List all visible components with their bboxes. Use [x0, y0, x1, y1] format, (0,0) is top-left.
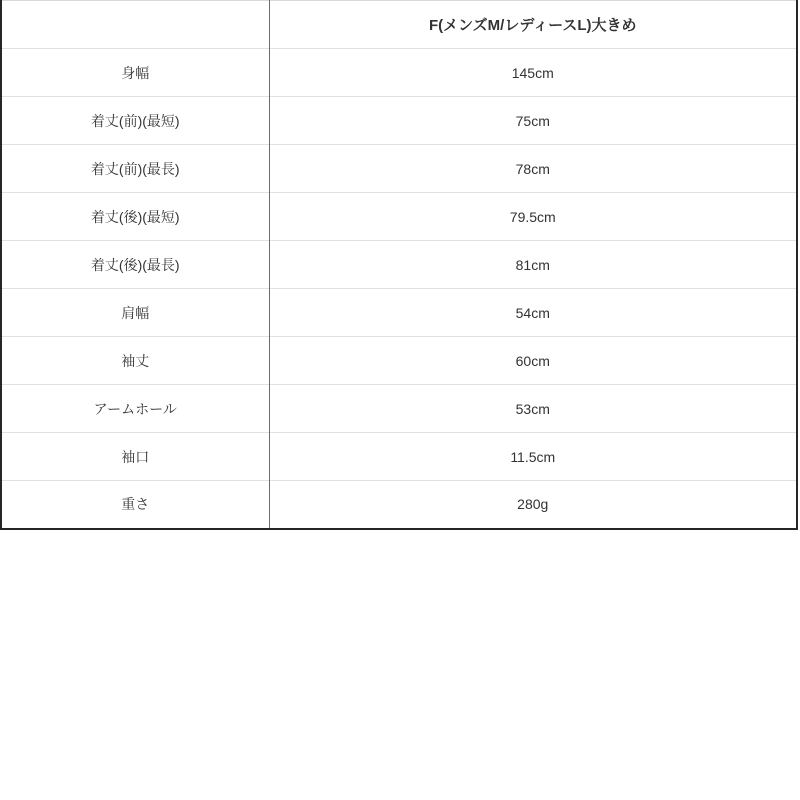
row-value-length-front-min: 75cm: [269, 97, 797, 145]
size-column-header: F(メンズM/レディースL)大きめ: [269, 1, 797, 49]
table-row: 袖丈 60cm: [1, 337, 797, 385]
row-label-cuff: 袖口: [1, 433, 269, 481]
table-row: 重さ 280g: [1, 481, 797, 529]
row-label-body-width: 身幅: [1, 49, 269, 97]
row-label-weight: 重さ: [1, 481, 269, 529]
row-label-length-front-max: 着丈(前)(最長): [1, 145, 269, 193]
row-label-length-back-max: 着丈(後)(最長): [1, 241, 269, 289]
table-row: 肩幅 54cm: [1, 289, 797, 337]
size-chart: F(メンズM/レディースL)大きめ 身幅 145cm 着丈(前)(最短) 75c…: [0, 0, 798, 530]
row-value-cuff: 11.5cm: [269, 433, 797, 481]
table-row: 着丈(後)(最短) 79.5cm: [1, 193, 797, 241]
table-row: 着丈(前)(最短) 75cm: [1, 97, 797, 145]
row-value-weight: 280g: [269, 481, 797, 529]
row-label-sleeve-length: 袖丈: [1, 337, 269, 385]
row-value-length-back-min: 79.5cm: [269, 193, 797, 241]
row-value-armhole: 53cm: [269, 385, 797, 433]
table-row: 着丈(後)(最長) 81cm: [1, 241, 797, 289]
row-value-length-front-max: 78cm: [269, 145, 797, 193]
table-row: 袖口 11.5cm: [1, 433, 797, 481]
row-label-shoulder-width: 肩幅: [1, 289, 269, 337]
row-value-length-back-max: 81cm: [269, 241, 797, 289]
header-row: F(メンズM/レディースL)大きめ: [1, 1, 797, 49]
row-label-length-back-min: 着丈(後)(最短): [1, 193, 269, 241]
row-value-sleeve-length: 60cm: [269, 337, 797, 385]
row-label-armhole: アームホール: [1, 385, 269, 433]
size-chart-table: F(メンズM/レディースL)大きめ 身幅 145cm 着丈(前)(最短) 75c…: [0, 0, 798, 530]
row-value-shoulder-width: 54cm: [269, 289, 797, 337]
header-empty-cell: [1, 1, 269, 49]
row-value-body-width: 145cm: [269, 49, 797, 97]
table-row: 身幅 145cm: [1, 49, 797, 97]
row-label-length-front-min: 着丈(前)(最短): [1, 97, 269, 145]
table-row: 着丈(前)(最長) 78cm: [1, 145, 797, 193]
table-row: アームホール 53cm: [1, 385, 797, 433]
